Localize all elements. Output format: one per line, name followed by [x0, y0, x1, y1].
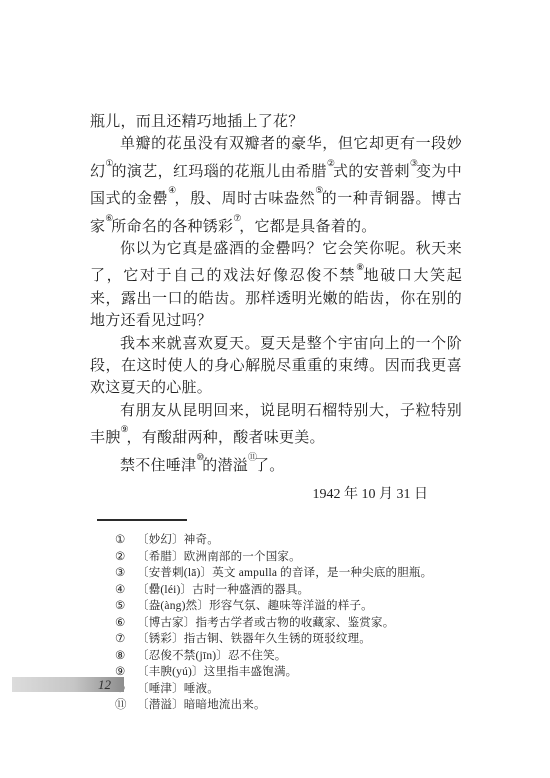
- footnote-text: 〔罍(léi)〕古时一种盛酒的器具。: [137, 582, 462, 599]
- footnote-ref: ①: [105, 152, 111, 174]
- footnote-text: 〔盎(àng)然〕形容气氛、趣味等洋溢的样子。: [137, 598, 462, 615]
- footnote-ref: ⑧: [356, 256, 362, 278]
- footnote-ref: ⑤: [315, 179, 321, 201]
- body-paragraph: 有朋友从昆明回来，说昆明石榴特别大，子粒特别丰腴⑨，有酸甜两种，酸者味更美。: [90, 400, 462, 450]
- body-paragraph: 你以为它真是盛酒的金罍吗？它会笑你呢。秋天来了，它对于自己的戏法好像忍俊不禁⑧地…: [90, 238, 462, 333]
- page-number: 12: [98, 677, 111, 692]
- footnote-item: ⑨ 〔丰腴(yú)〕这里指丰盛饱满。: [115, 664, 462, 681]
- footnote-text: 〔忍俊不禁(jīn)〕忍不住笑。: [137, 648, 462, 665]
- footnote-number: ⑥: [115, 615, 137, 632]
- footnote-text: 〔潜溢〕暗暗地流出来。: [137, 697, 462, 714]
- footnote-item: ⑤ 〔盎(àng)然〕形容气氛、趣味等洋溢的样子。: [115, 598, 462, 615]
- page-number-bar: 12: [12, 677, 124, 692]
- footnote-item: ③ 〔安普剌(lā)〕英文 ampulla 的音译，是一种尖底的胆瓶。: [115, 565, 462, 582]
- footnote-ref: ⑩: [196, 446, 202, 468]
- footnote-ref: ⑥: [105, 207, 111, 229]
- footnote-text: 〔锈彩〕指古铜、铁器年久生锈的斑驳纹理。: [137, 631, 462, 648]
- footnote-ref: ⑨: [121, 418, 127, 440]
- book-page: 瓶儿，而且还精巧地插上了花？ 单瓣的花虽没有双瓣者的豪华，但它却更有一段妙幻①的…: [0, 0, 550, 778]
- footnote-number: ⑦: [115, 631, 137, 648]
- footnote-item: ⑪ 〔潜溢〕暗暗地流出来。: [115, 697, 462, 714]
- footnote-number: ④: [115, 582, 137, 599]
- footnote-text: 〔唾津〕唾液。: [137, 681, 462, 698]
- footnote-separator: [97, 519, 187, 521]
- footnote-item: ⑦ 〔锈彩〕指古铜、铁器年久生锈的斑驳纹理。: [115, 631, 462, 648]
- footnote-number: ⑧: [115, 648, 137, 665]
- footnote-ref: ⑪: [248, 446, 254, 468]
- footnote-number: ⑪: [115, 697, 137, 714]
- footnote-text: 〔博古家〕指考古学者或古物的收藏家、鉴赏家。: [137, 615, 462, 632]
- date-line: 1942 年 10 月 31 日: [90, 484, 462, 506]
- footnote-item: ⑧ 〔忍俊不禁(jīn)〕忍不住笑。: [115, 648, 462, 665]
- footnote-item: ① 〔妙幻〕神奇。: [115, 532, 462, 549]
- footnote-ref: ④: [168, 179, 174, 201]
- text-column: 瓶儿，而且还精巧地插上了花？ 单瓣的花虽没有双瓣者的豪华，但它却更有一段妙幻①的…: [90, 111, 462, 714]
- footnote-ref: ⑦: [233, 207, 239, 229]
- footnote-item: ⑥ 〔博古家〕指考古学者或古物的收藏家、鉴赏家。: [115, 615, 462, 632]
- footnote-item: ④ 〔罍(léi)〕古时一种盛酒的器具。: [115, 582, 462, 599]
- footnote-number: ①: [115, 532, 137, 549]
- footnote-ref: ②: [327, 152, 333, 174]
- body-paragraph: 我本来就喜欢夏天。夏天是整个宇宙向上的一个阶段，在这时使人的身心解脱尽重重的束缚…: [90, 333, 462, 400]
- footnote-item: ② 〔希腊〕欧洲南部的一个国家。: [115, 549, 462, 566]
- footnote-ref: ③: [410, 152, 416, 174]
- footnote-list: ① 〔妙幻〕神奇。 ② 〔希腊〕欧洲南部的一个国家。 ③ 〔安普剌(lā)〕英文…: [90, 532, 462, 714]
- body-paragraph: 禁不住唾津⑩的潜溢⑪了。: [90, 450, 462, 477]
- footnote-item: ⑩ 〔唾津〕唾液。: [115, 681, 462, 698]
- footnote-text: 〔安普剌(lā)〕英文 ampulla 的音译，是一种尖底的胆瓶。: [137, 565, 462, 582]
- footnote-text: 〔丰腴(yú)〕这里指丰盛饱满。: [137, 664, 462, 681]
- footnote-number: ②: [115, 549, 137, 566]
- footnote-text: 〔妙幻〕神奇。: [137, 532, 462, 549]
- footnote-text: 〔希腊〕欧洲南部的一个国家。: [137, 549, 462, 566]
- body-paragraph: 单瓣的花虽没有双瓣者的豪华，但它却更有一段妙幻①的演艺，红玛瑙的花瓶儿由希腊②式…: [90, 133, 462, 238]
- footnote-number: ⑤: [115, 598, 137, 615]
- footnote-number: ③: [115, 565, 137, 582]
- body-paragraph: 瓶儿，而且还精巧地插上了花？: [90, 111, 462, 133]
